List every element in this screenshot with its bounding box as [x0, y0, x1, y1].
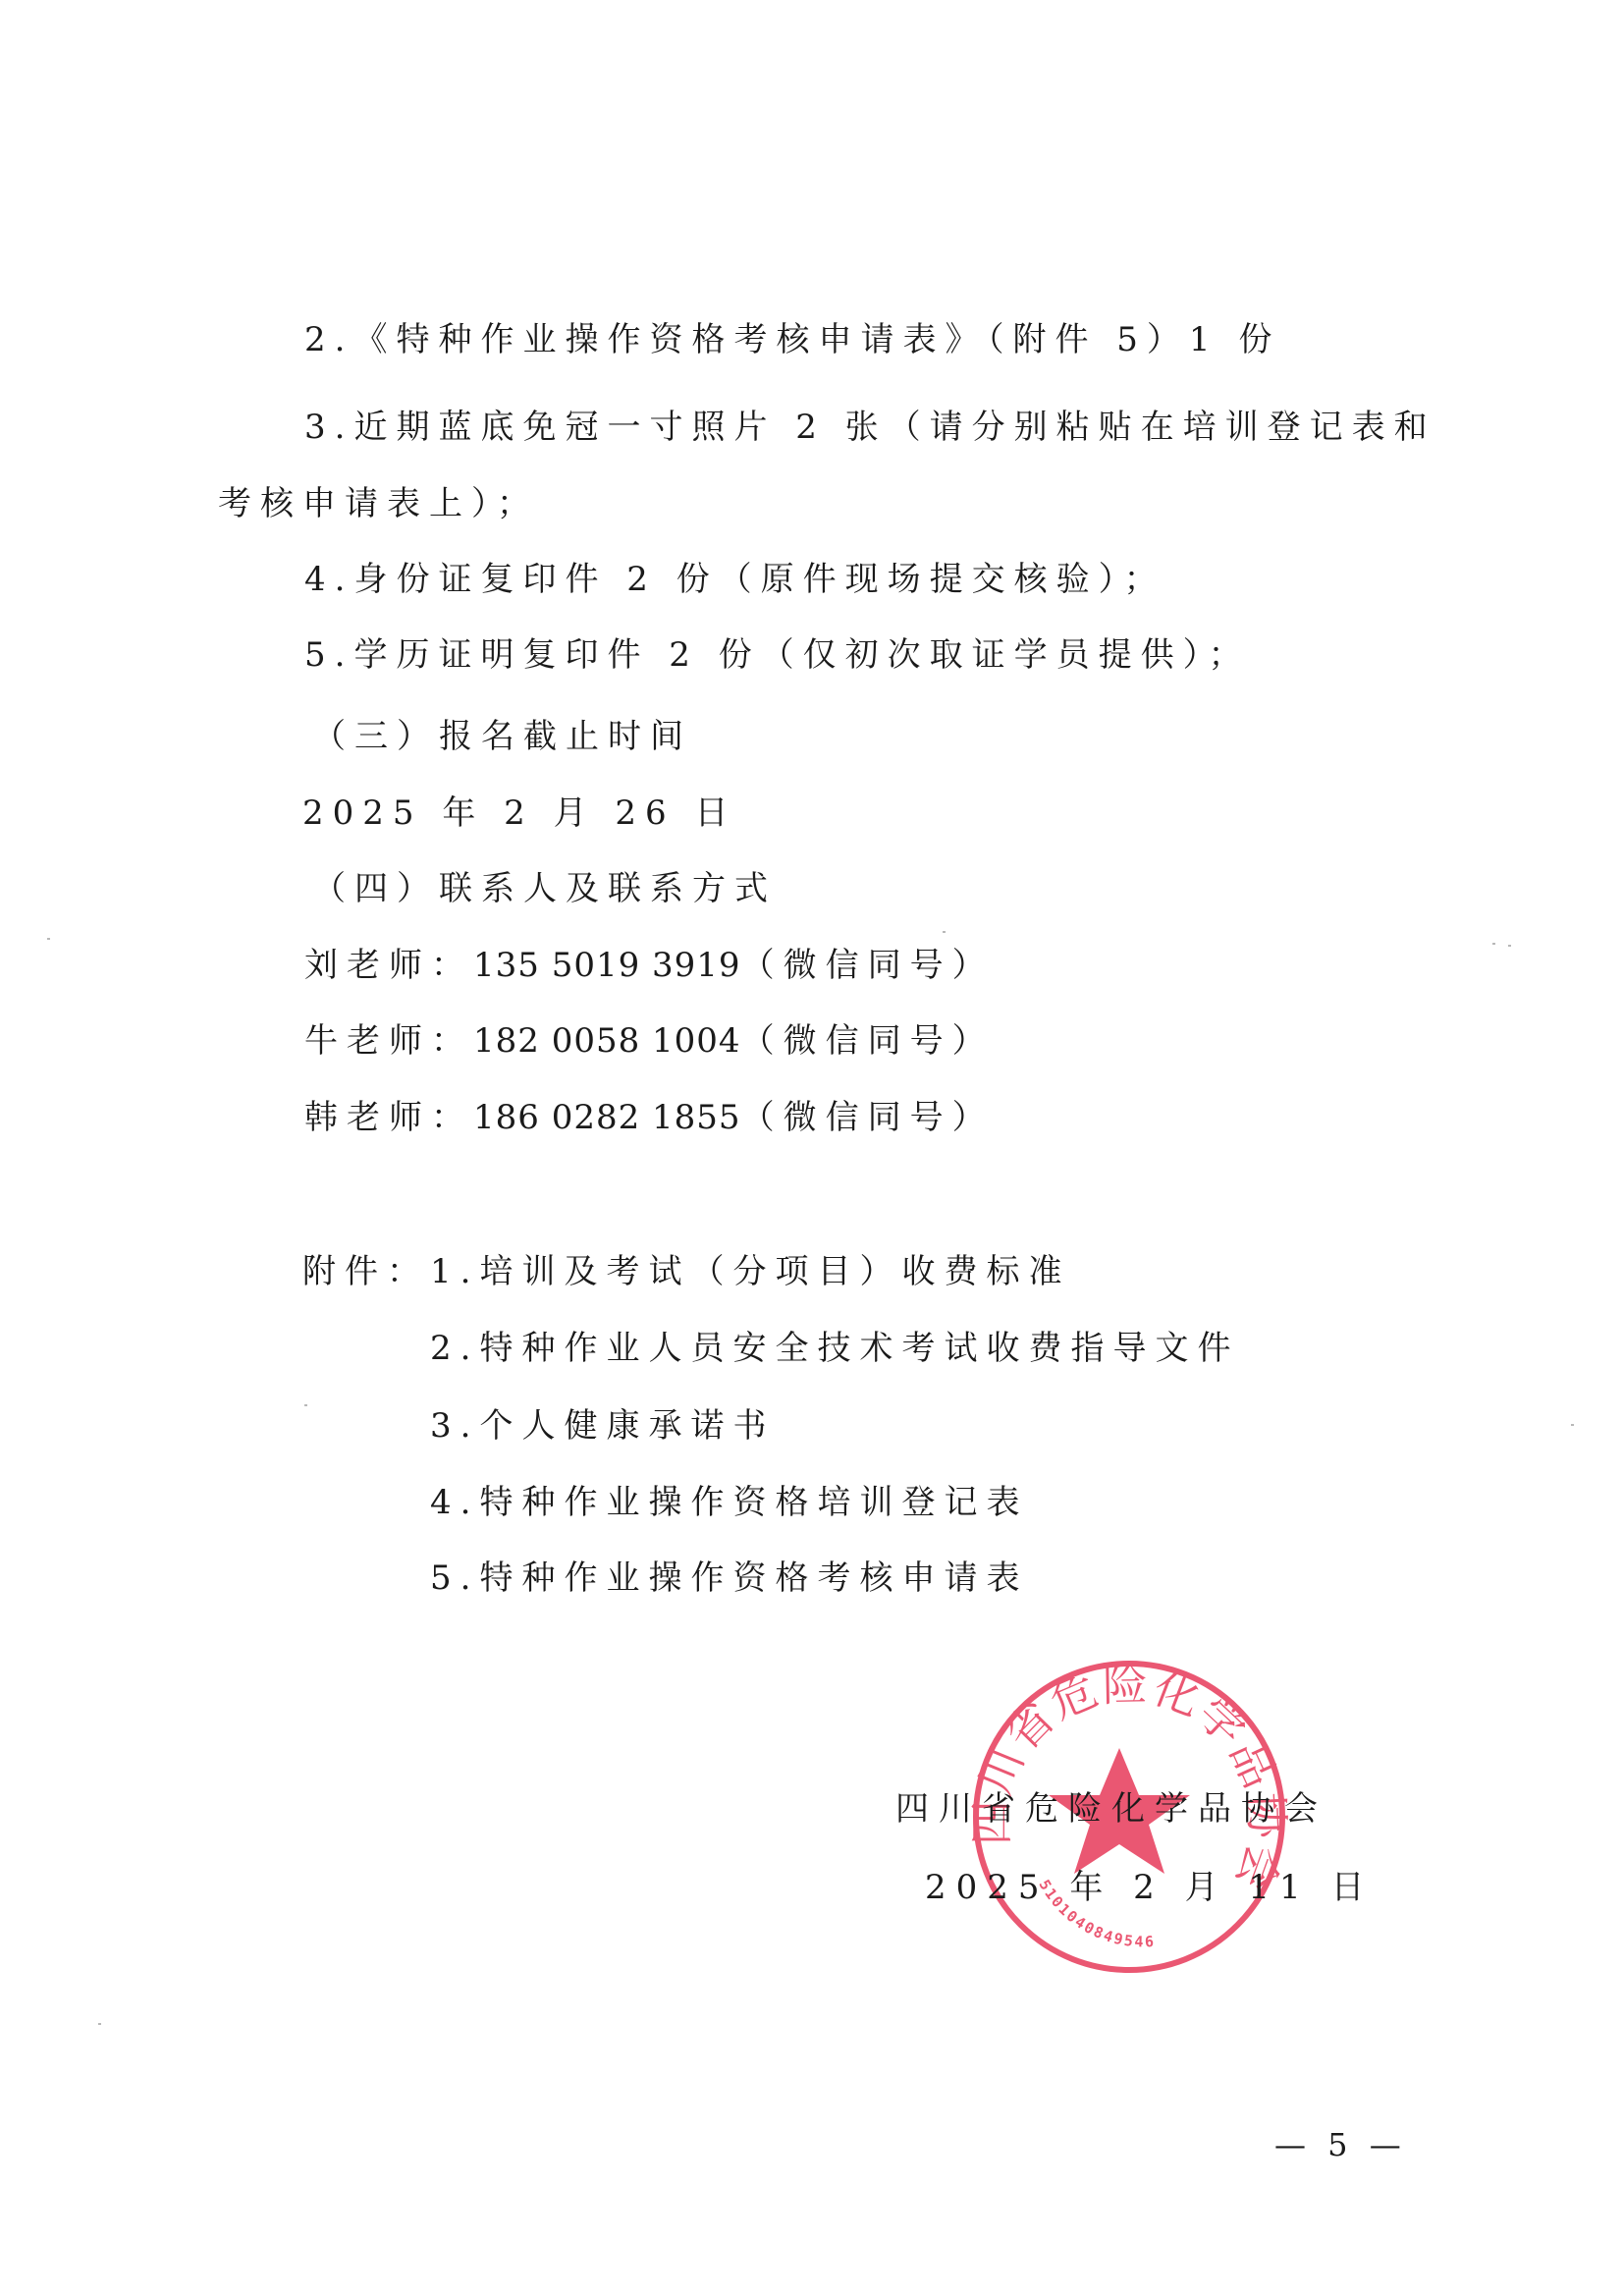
contact-phone: 135 5019 3919: [473, 946, 741, 985]
attachment-item: 1.培训及考试（分项目）收费标准: [430, 1250, 1070, 1293]
scan-speck: [304, 1404, 307, 1406]
attachments-label: 附件：: [302, 1250, 429, 1293]
contact-note: （微信同号）: [741, 1021, 995, 1061]
contact-row: 韩老师：186 0282 1855（微信同号）: [304, 1096, 995, 1139]
scan-speck: [1492, 943, 1495, 945]
contact-phone: 186 0282 1855: [473, 1098, 741, 1137]
contact-heading: （四）联系人及联系方式: [312, 867, 777, 910]
deadline-date: 2025 年 2 月 26 日: [302, 792, 736, 835]
contact-note: （微信同号）: [741, 1098, 995, 1137]
signature-organization: 四川省危险化学品协会: [895, 1787, 1327, 1831]
contact-name: 韩老师：: [304, 1098, 473, 1137]
requirement-item-3: 3.近期蓝底免冠一寸照片 2 张（请分别粘贴在培训登记表和: [304, 406, 1436, 449]
scan-speck: [943, 931, 946, 933]
requirement-item-3-continued: 考核申请表上）；: [218, 482, 539, 525]
scan-speck: [98, 2023, 101, 2025]
scan-speck: [1571, 1424, 1574, 1426]
requirement-item-5: 5.学历证明复印件 2 份（仅初次取证学员提供）；: [304, 633, 1251, 677]
scan-speck: [1508, 945, 1511, 947]
contact-name: 牛老师：: [304, 1021, 473, 1061]
attachment-item: 4.特种作业操作资格培训登记表: [430, 1481, 1028, 1524]
contact-row: 刘老师：135 5019 3919（微信同号）: [304, 944, 995, 987]
deadline-heading: （三）报名截止时间: [312, 715, 692, 758]
signature-date: 2025 年 2 月 11 日: [925, 1866, 1374, 1909]
requirement-item-2: 2.《特种作业操作资格考核申请表》（附件 5）1 份: [304, 318, 1280, 361]
scan-speck: [47, 938, 50, 940]
attachment-item: 3.个人健康承诺书: [430, 1404, 775, 1448]
contact-phone: 182 0058 1004: [473, 1021, 741, 1061]
contact-row: 牛老师：182 0058 1004（微信同号）: [304, 1019, 995, 1063]
attachment-item: 5.特种作业操作资格考核申请表: [430, 1557, 1028, 1600]
contact-note: （微信同号）: [741, 946, 995, 985]
contact-name: 刘老师：: [304, 946, 473, 985]
page-number: — 5 —: [1274, 2123, 1407, 2166]
attachment-item: 2.特种作业人员安全技术考试收费指导文件: [430, 1327, 1239, 1370]
requirement-item-4: 4.身份证复印件 2 份（原件现场提交核验）；: [304, 558, 1166, 601]
